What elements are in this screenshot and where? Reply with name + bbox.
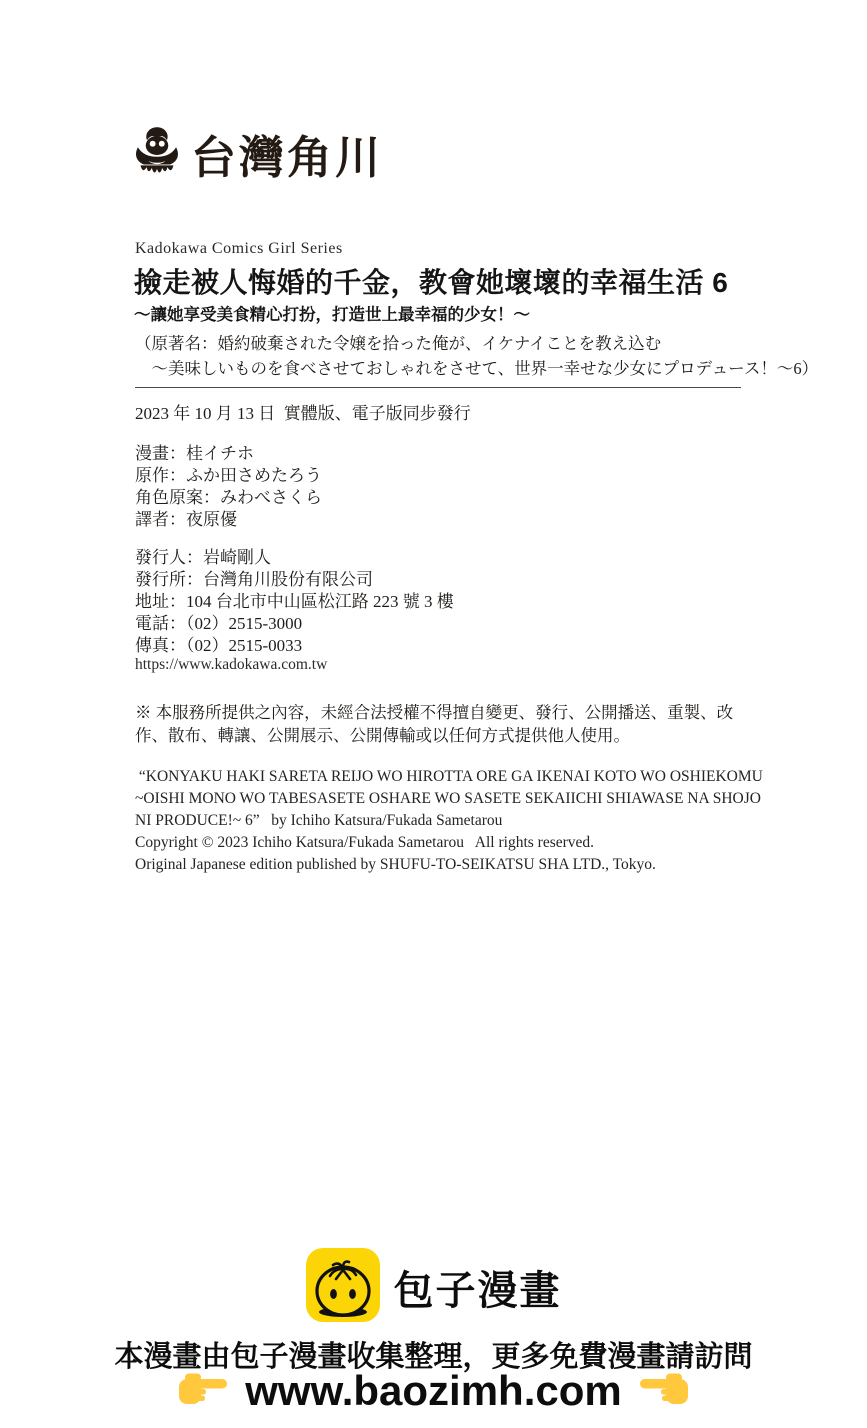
legal-notice: ※ 本服務所提供之內容，未經合法授權不得擅自變更、發行、公開播送、重製、改作、散… bbox=[135, 701, 757, 747]
pointing-right-hand-icon bbox=[177, 1371, 229, 1412]
pointing-left-hand-icon bbox=[638, 1371, 690, 1412]
publisher-president: 發行人：岩崎剛人 bbox=[135, 547, 454, 569]
english-copyright-block: “KONYAKU HAKI SARETA REIJO WO HIROTTA OR… bbox=[135, 766, 765, 876]
credit-original-story: 原作：ふか田さめたろう bbox=[135, 465, 322, 487]
kadokawa-logo: 台灣角川 bbox=[131, 126, 383, 189]
baozimh-url-link[interactable]: www.baozimh.com bbox=[245, 1370, 621, 1412]
original-edition-line: Original Japanese edition published by S… bbox=[135, 854, 765, 876]
publisher-company: 發行所：台灣角川股份有限公司 bbox=[135, 569, 454, 591]
credit-character-design: 角色原案：みわべさくら bbox=[135, 487, 322, 509]
original-title: （原著名：婚約破棄された令嬢を拾った俺が、イケナイことを教え込む ～美味しいもの… bbox=[135, 331, 818, 381]
publisher-address: 地址：104 台北市中山區松江路 223 號 3 樓 bbox=[135, 591, 454, 613]
bao-bun-icon bbox=[306, 1248, 380, 1327]
copyright-line: Copyright © 2023 Ichiho Katsura/Fukada S… bbox=[135, 832, 765, 854]
credits-list: 漫畫：桂イチホ 原作：ふか田さめたろう 角色原案：みわべさくら 譯者：夜原優 bbox=[135, 443, 322, 531]
publisher-fax: 傳真：（02）2515-0033 bbox=[135, 635, 454, 657]
footer-url-row: www.baozimh.com bbox=[0, 1370, 867, 1412]
original-title-line2: ～美味しいものを食べさせておしゃれをさせて、世界一幸せな少女にプロデュース！～6… bbox=[135, 356, 818, 381]
publisher-url-link[interactable]: https://www.kadokawa.com.tw bbox=[135, 656, 327, 674]
kadokawa-phoenix-icon bbox=[131, 126, 183, 189]
romanized-title: “KONYAKU HAKI SARETA REIJO WO HIROTTA OR… bbox=[135, 766, 765, 832]
publisher-phone: 電話：（02）2515-3000 bbox=[135, 613, 454, 635]
original-title-line1: （原著名：婚約破棄された令嬢を拾った俺が、イケナイことを教え込む bbox=[135, 331, 818, 356]
kadokawa-wordmark: 台灣角川 bbox=[191, 135, 383, 180]
colophon-page: 台灣角川 Kadokawa Comics Girl Series 撿走被人悔婚的… bbox=[0, 0, 867, 1428]
credit-translator: 譯者：夜原優 bbox=[135, 509, 322, 531]
series-label: Kadokawa Comics Girl Series bbox=[135, 240, 343, 258]
divider-rule bbox=[135, 387, 741, 388]
credit-manga: 漫畫：桂イチホ bbox=[135, 443, 322, 465]
book-subtitle: ～讓她享受美食精心打扮，打造世上最幸福的少女！～ bbox=[134, 301, 530, 325]
book-title: 撿走被人悔婚的千金，教會她壞壞的幸福生活 6 bbox=[134, 261, 728, 301]
baozi-brand-row: 包子漫畫 bbox=[0, 1248, 867, 1327]
release-date: 2023 年 10 月 13 日 實體版、電子版同步發行 bbox=[135, 399, 471, 424]
publisher-info: 發行人：岩崎剛人 發行所：台灣角川股份有限公司 地址：104 台北市中山區松江路… bbox=[135, 547, 454, 657]
baozi-brand-name: 包子漫畫 bbox=[394, 1259, 562, 1316]
